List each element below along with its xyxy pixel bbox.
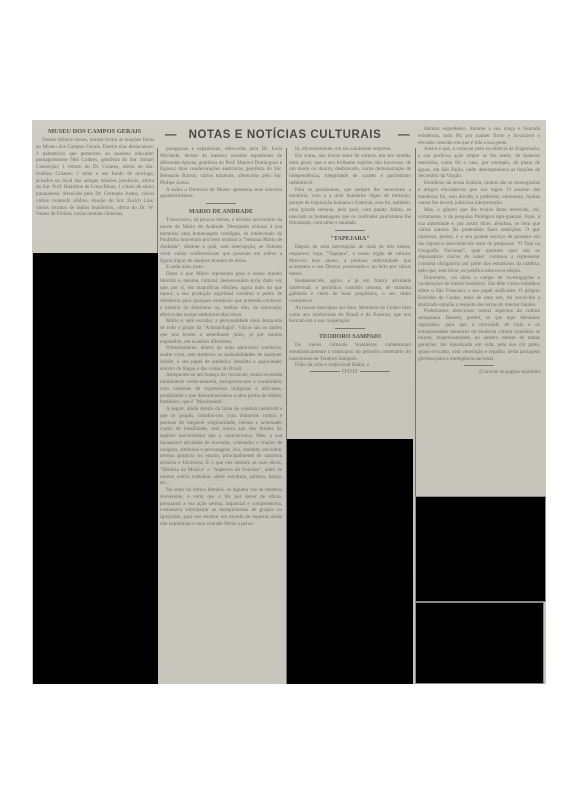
article-separator	[335, 230, 365, 231]
article-title: MARIO DE ANDRADE	[160, 208, 282, 215]
article-paragraph: A seguir, ainda dentro da linha de condu…	[160, 406, 282, 487]
redacted-block-column-4-lower	[415, 602, 544, 684]
article-paragraph: Filho da culta e tradicional Bahia, o	[289, 362, 411, 369]
continuation-separator	[464, 365, 494, 366]
redacted-block-column-1	[33, 253, 158, 684]
section-end-ornament: OOO	[289, 369, 411, 376]
article-paragraph: Transcorreu, há poucos meses, o décimo a…	[160, 217, 282, 264]
column-2: paraguaias e espanholas, oferecidas pelo…	[160, 146, 282, 684]
article-paragraph: A todos a Diretoria do Museu apresenta s…	[160, 187, 282, 201]
headline-dash-right: —	[398, 129, 410, 141]
article-paragraph: paraguaias e espanholas, oferecidas pelo…	[160, 146, 282, 187]
article-paragraph: Poderíamos mencionar outros aspectos da …	[418, 308, 540, 362]
article-paragraph: Em suma, não houve setor de cultura, em …	[289, 153, 411, 187]
article-paragraph: Antepondo-se um bonaço do vernáculo, num…	[160, 372, 282, 406]
redacted-block-column-4-upper	[415, 496, 546, 602]
article-separator	[206, 203, 236, 204]
article-paragraph: Mário é, sem escolho, a personalidade ma…	[160, 318, 282, 345]
article-paragraph: Depois de uma interrupção de mais de trê…	[289, 244, 411, 278]
article-title: TEODORO SAMPAIO	[289, 333, 411, 340]
article-title: MUSEU DOS CAMPOS GERAIS	[48, 128, 154, 135]
article-paragraph: Dizer o que Mário representa para o noss…	[160, 271, 282, 318]
article-paragraph: Entretanto, vai além o campo de investig…	[418, 275, 540, 309]
column-3: tir, eficientemente, em tão salubtante e…	[289, 146, 411, 440]
page-headline: NOTAS E NOTÍCIAS CULTURAIS	[160, 129, 410, 141]
article-paragraph: E nada mais justo.	[160, 264, 282, 271]
article-paragraph: Nestes últimos meses, muitas foram as do…	[36, 137, 154, 218]
article-separator	[335, 328, 365, 329]
continuation-note: (Conclue na página seguinte)	[418, 369, 540, 376]
article-paragraph: Para os paulistanos, que sempre lhe vene…	[289, 187, 411, 228]
redacted-block-column-3	[287, 439, 413, 684]
article-paragraph: distinto engenheiro, durante a sua longa…	[418, 126, 540, 146]
article-paragraph: Os meios culturais brasileiros comemoram…	[289, 342, 411, 362]
article-paragraph: Restabelecido, agora, e já em franca ati…	[289, 278, 411, 305]
column-4: distinto engenheiro, durante a sua longa…	[418, 126, 540, 496]
article-paragraph: No setor da crítica literária, se alguma…	[160, 487, 282, 528]
article-paragraph: Mas, o gênero que lhe trouxe fama mereci…	[418, 207, 540, 275]
newspaper-page: — NOTAS E NOTÍCIAS CULTURAIS — MUSEU DOS…	[32, 120, 546, 684]
article-paragraph: tir, eficientemente, em tão salubtante e…	[289, 146, 411, 153]
article-paragraph: Estudioso da nossa história, muitas são …	[418, 180, 540, 207]
column-1: MUSEU DOS CAMPOS GERAISNestes últimos me…	[36, 126, 154, 254]
article-paragraph: As nossas desculpas aos Snrs. Membros do…	[289, 305, 411, 325]
article-paragraph: Primeiramente, dentro da mais admirável …	[160, 345, 282, 372]
article-paragraph: Assim é que, a começar pelo excelência d…	[418, 146, 540, 180]
article-title: "TAPEJARA"	[289, 235, 411, 242]
